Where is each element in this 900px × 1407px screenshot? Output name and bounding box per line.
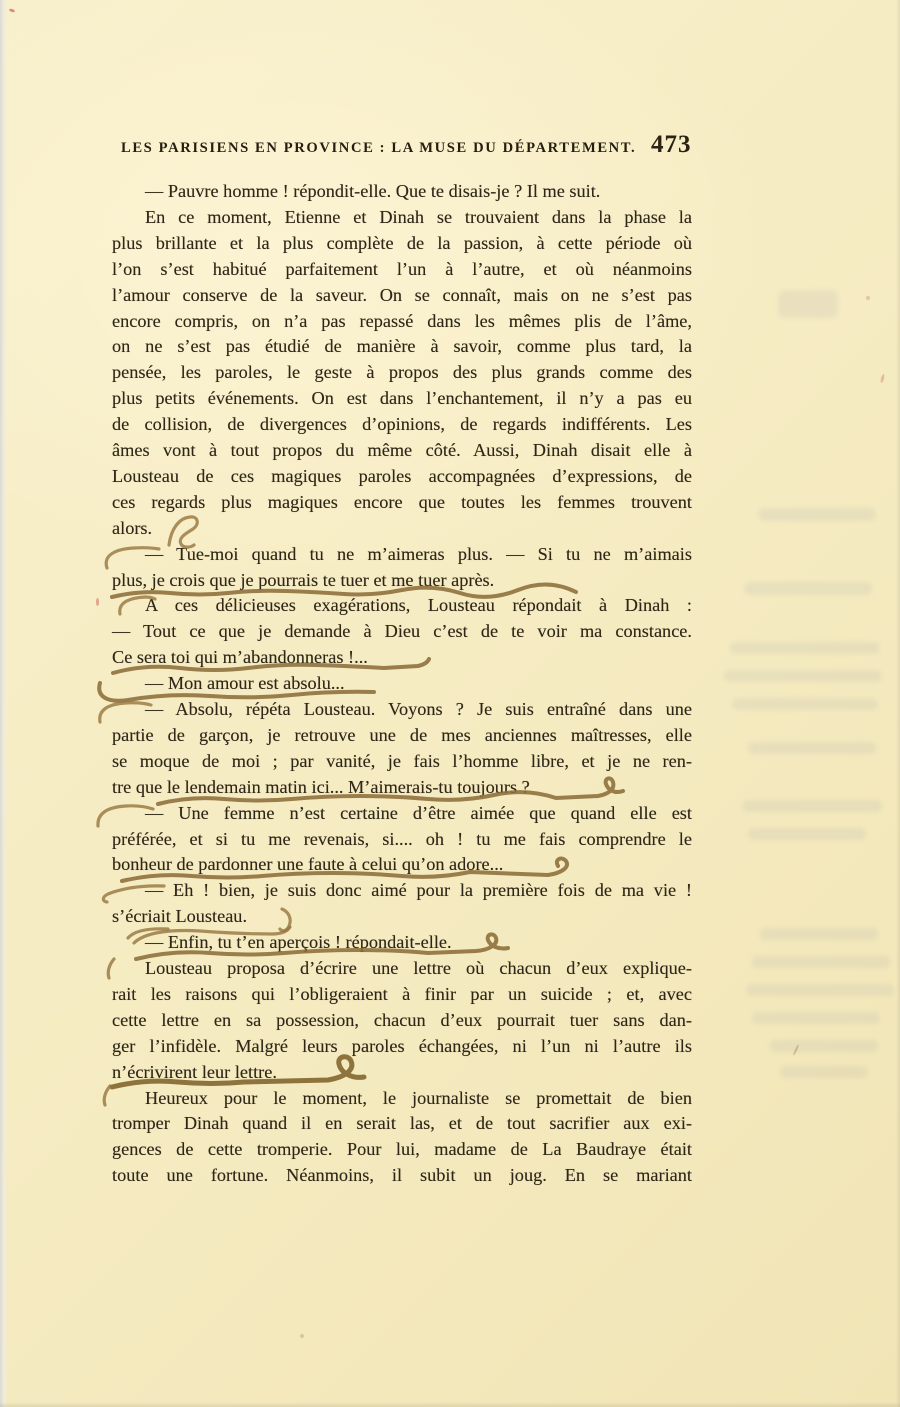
text-line: — Mon amour est absolu... [112, 671, 692, 697]
text-line: plus, je crois que je pourrais te tuer e… [112, 568, 692, 594]
text-line: n’écrivirent leur lettre. [112, 1060, 692, 1086]
bleedthrough-smudge [780, 1066, 868, 1078]
text-line: — Une femme n’est certaine d’être aimée … [112, 801, 692, 827]
bleedthrough-smudge [778, 290, 838, 318]
text-line: ger l’infidèle. Malgré leurs paroles éch… [112, 1034, 692, 1060]
text-line: — Pauvre homme ! répondit-elle. Que te d… [112, 179, 692, 205]
text-line: préférée, et si tu me revenais, si.... o… [112, 827, 692, 853]
text-line: de collision, de divergences d’opinions,… [112, 412, 692, 438]
bleedthrough-smudge [758, 508, 876, 521]
bleedthrough-smudge [746, 984, 894, 996]
bleedthrough-smudge [724, 670, 882, 682]
paper-speck [300, 1334, 304, 1338]
scanned-book-page: LES PARISIENS EN PROVINCE : LA MUSE DU D… [0, 0, 900, 1407]
text-line: — Tue-moi quand tu ne m’aimeras plus. — … [112, 542, 692, 568]
text-line: encore compris, on n’a pas repassé dans … [112, 309, 692, 335]
text-line: — Tout ce que je demande à Dieu c’est de… [112, 619, 692, 645]
text-line: ces regards plus magiques encore que tou… [112, 490, 692, 516]
text-line: cette lettre en sa possession, chacun d’… [112, 1008, 692, 1034]
bleedthrough-smudge [752, 956, 890, 968]
bleedthrough-smudge [730, 642, 880, 654]
bleedthrough-smudge [770, 1040, 878, 1052]
bleedthrough-smudge [744, 582, 872, 595]
text-line: l’on s’est habitué parfaitement l’un à l… [112, 257, 692, 283]
text-line: — Absolu, répéta Lousteau. Voyons ? Je s… [112, 697, 692, 723]
text-line: pensée, les paroles, le geste à propos d… [112, 360, 692, 386]
text-line: l’amour conserve de la saveur. On se con… [112, 283, 692, 309]
text-line: se moque de moi ; par vanité, je fais l’… [112, 749, 692, 775]
text-line: gences de cette tromperie. Pour lui, mad… [112, 1137, 692, 1163]
bleedthrough-smudge [748, 828, 866, 840]
paper-speck [866, 296, 870, 300]
text-line: rait les raisons qui l’obligeraient à fi… [112, 982, 692, 1008]
text-line: — Eh ! bien, je suis donc aimé pour la p… [112, 878, 692, 904]
text-line: toute une fortune. Néanmoins, il subit u… [112, 1163, 692, 1189]
text-line: Ce sera toi qui m’abandonneras !... [112, 645, 692, 671]
text-line: partie de garçon, je retrouve une de mes… [112, 723, 692, 749]
bleedthrough-smudge [742, 800, 882, 812]
text-line: on ne s’est pas étudié de manière à savo… [112, 334, 692, 360]
text-line: bonheur de pardonner une faute à celui q… [112, 852, 692, 878]
text-line: En ce moment, Etienne et Dinah se trouva… [112, 205, 692, 231]
bleedthrough-smudge [760, 928, 878, 940]
text-line: plus brillante et la plus complète de la… [112, 231, 692, 257]
text-line: âmes vont à tout propos du même côté. Au… [112, 438, 692, 464]
bleedthrough-smudge [748, 742, 876, 754]
paper-speck [96, 598, 99, 606]
text-line: alors. [112, 516, 692, 542]
text-line: A ces délicieuses exagérations, Lousteau… [112, 593, 692, 619]
text-line: s’écriait Lousteau. [112, 904, 692, 930]
bleedthrough-smudge [752, 1012, 880, 1024]
bleedthrough-smudge [732, 698, 878, 710]
text-line: plus petits événements. On est dans l’en… [112, 386, 692, 412]
text-line: Lousteau proposa d’écrire une lettre où … [112, 956, 692, 982]
text-line: Lousteau de ces magiques paroles accompa… [112, 464, 692, 490]
text-line: — Enfin, tu t’en aperçois ! répondait-el… [112, 930, 692, 956]
text-line: tre que le lendemain matin ici... M’aime… [112, 775, 692, 801]
text-line: tromper Dinah quand il en serait las, et… [112, 1111, 692, 1137]
text-line: Heureux pour le moment, le journaliste s… [112, 1086, 692, 1112]
